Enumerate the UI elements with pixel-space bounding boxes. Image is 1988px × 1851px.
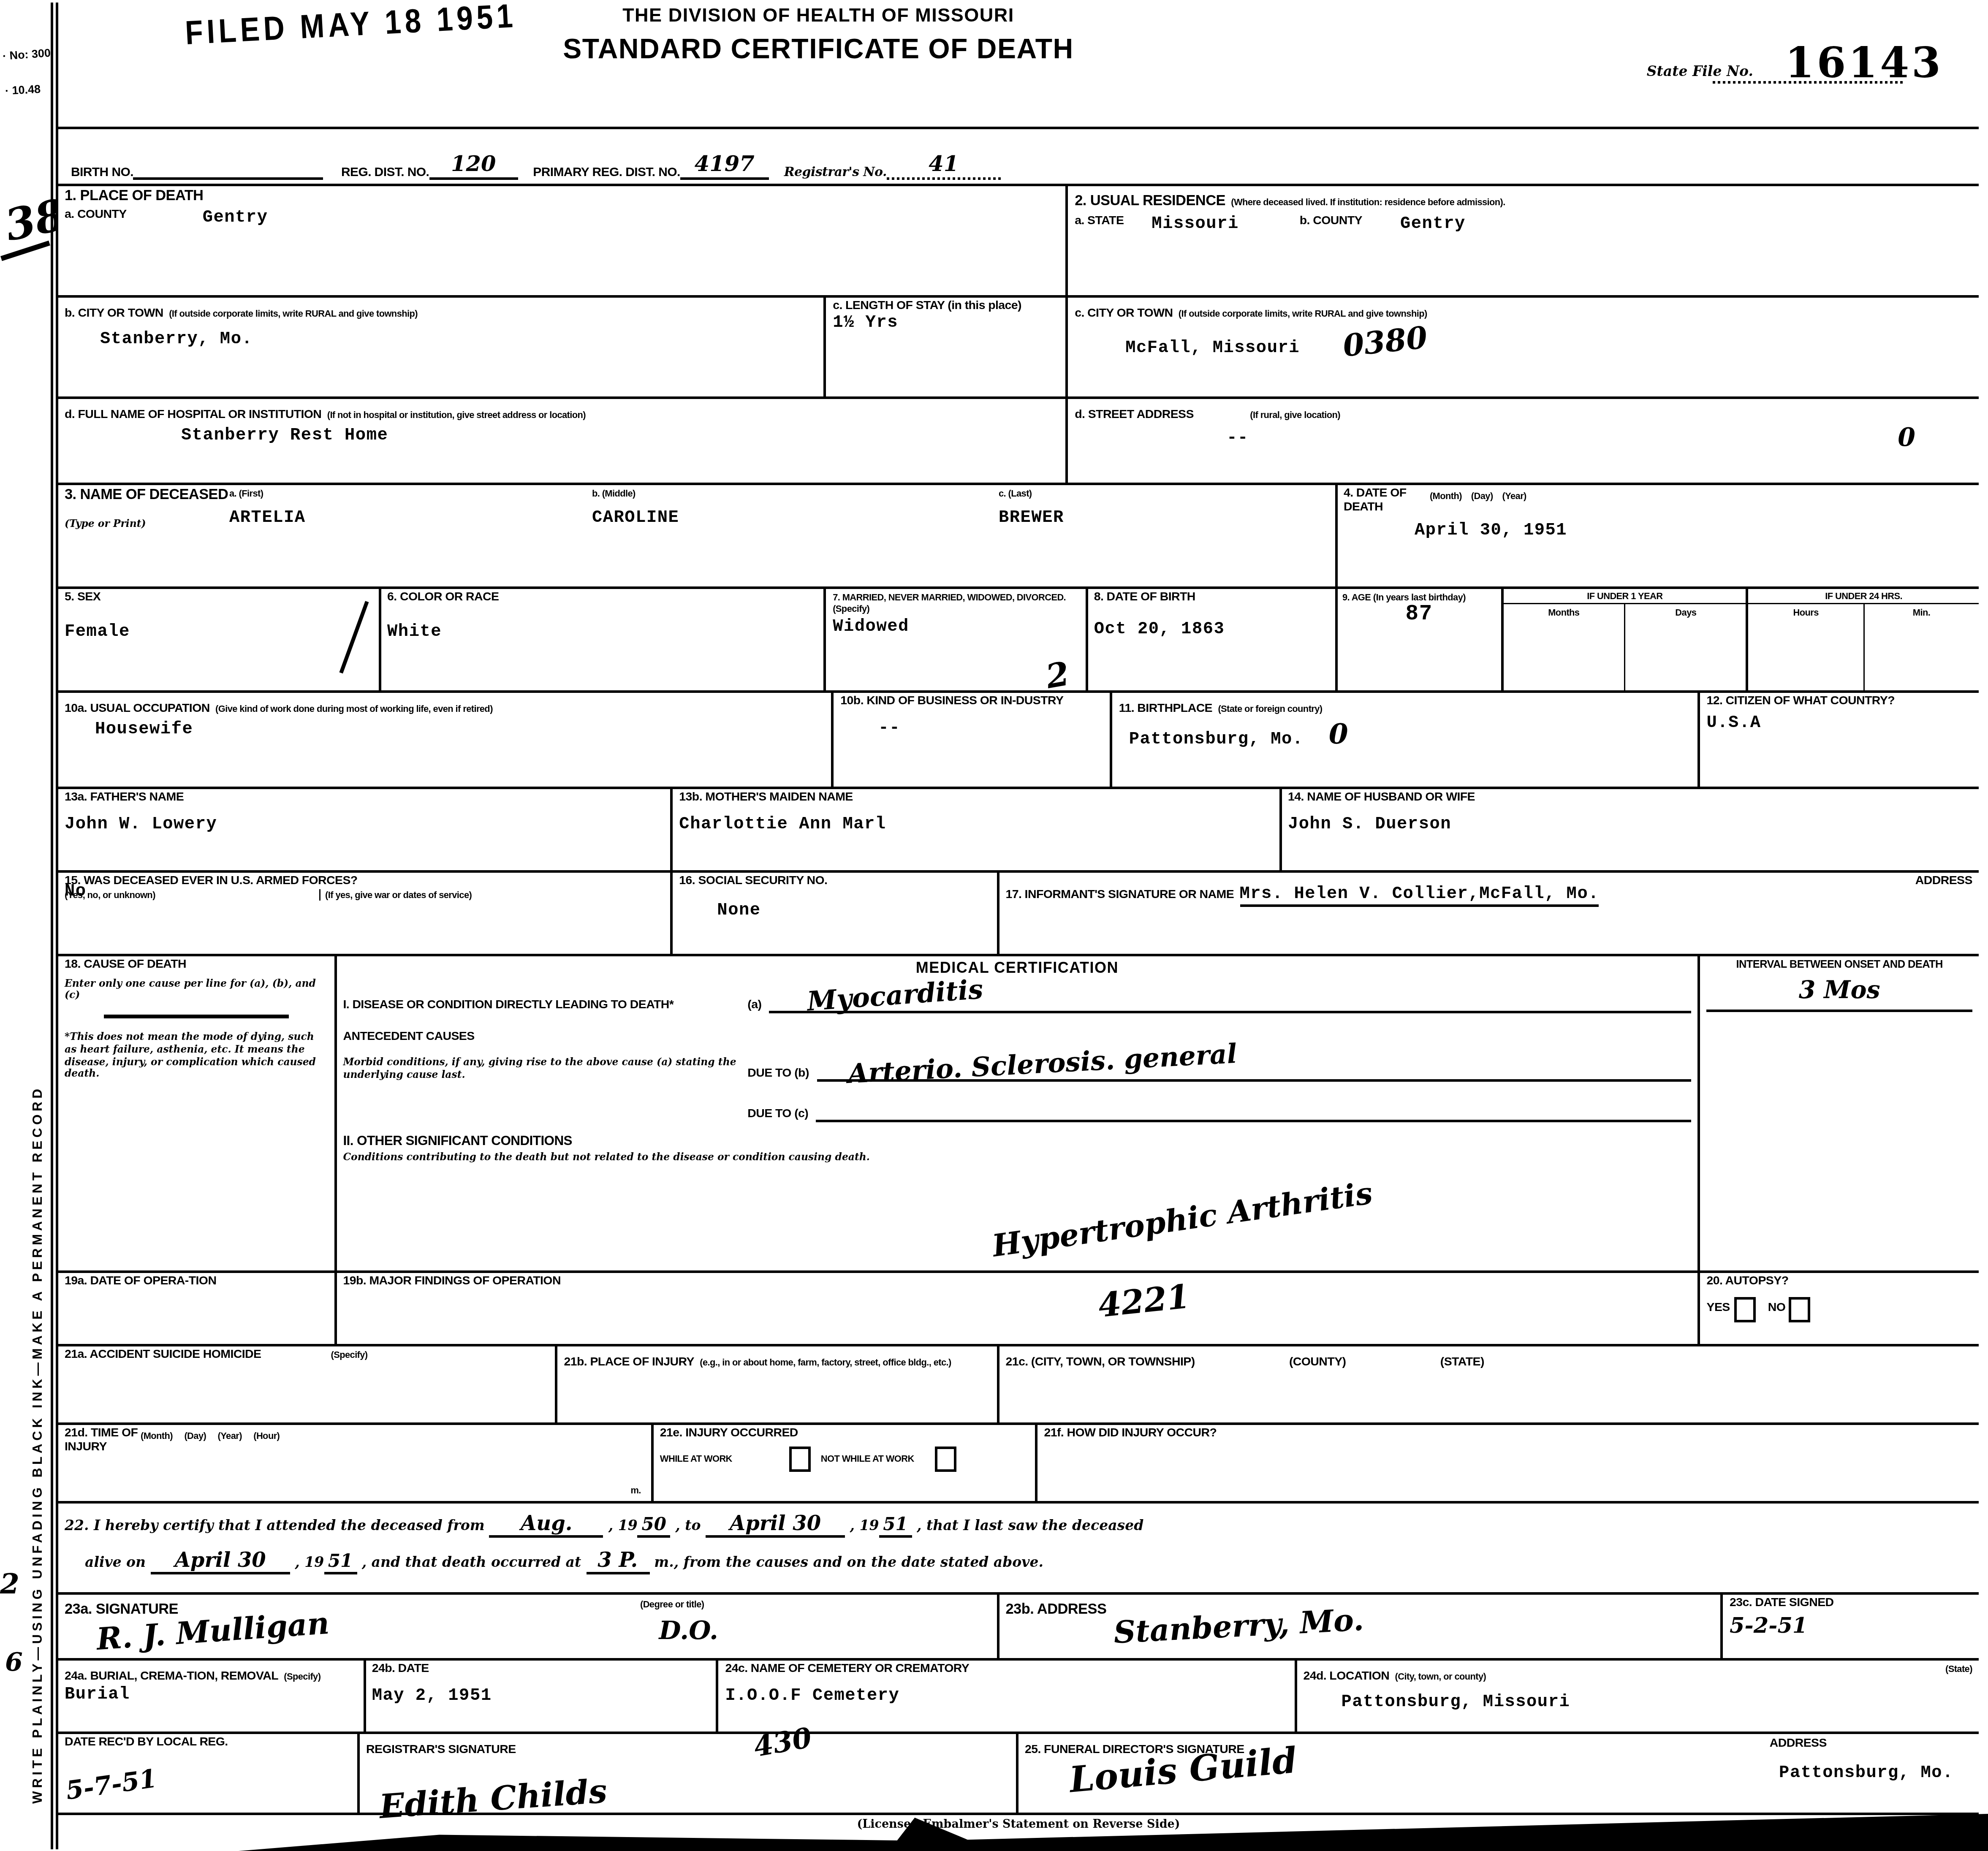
street-note: (If rural, give location) <box>1250 409 1340 421</box>
occupation-cell: 10a. USUAL OCCUPATION (Give kind of work… <box>58 693 834 787</box>
mother-label: 13b. MOTHER'S MAIDEN NAME <box>679 792 1273 805</box>
usual-residence-cell: 2. USUAL RESIDENCE (Where deceased lived… <box>1068 186 1979 295</box>
registrar-signature-cell: REGISTRAR'S SIGNATURE 430 Edith Childs <box>360 1734 1018 1813</box>
burial-label: 24a. BURIAL, CREMA-TION, REMOVAL <box>65 1669 278 1683</box>
informant-address-label: ADDRESS <box>1915 875 1972 889</box>
citizen-cell: 12. CITIZEN OF WHAT COUNTRY? U.S.A <box>1700 693 1978 787</box>
res-county-label: b. COUNTY <box>1300 215 1362 234</box>
cause-note2: *This does not mean the mode of dying, s… <box>65 1031 328 1080</box>
certify-part4: alive on <box>85 1554 146 1571</box>
interval-cell: INTERVAL BETWEEN ONSET AND DEATH 3 Mos <box>1700 956 1979 1270</box>
res-state-label: a. STATE <box>1075 215 1124 234</box>
business-cell: 10b. KIND OF BUSINESS OR IN-DUSTRY -- <box>834 693 1112 787</box>
reg-dist-label: REG. DIST. NO. <box>341 166 429 180</box>
burial-type-cell: 24a. BURIAL, CREMA-TION, REMOVAL (Specif… <box>58 1661 366 1732</box>
row-informant: 15. WAS DECEASED EVER IN U.S. ARMED FORC… <box>58 873 1979 956</box>
injury-state-label: (STATE) <box>1440 1355 1484 1369</box>
row-occupation: 10a. USUAL OCCUPATION (Give kind of work… <box>58 693 1979 789</box>
autopsy-yes-checkbox <box>1734 1297 1755 1322</box>
stay-value: 1½ Yrs <box>833 314 1059 333</box>
row-injury-2: 21d. TIME OF INJURY (Month) (Day) (Year)… <box>58 1425 1979 1504</box>
pod-city-value: Stanberry, Mo. <box>100 331 817 350</box>
dod-value: April 30, 1951 <box>1415 522 1972 541</box>
name-sub-label: (Type or Print) <box>65 518 229 530</box>
dob-label: 8. DATE OF BIRTH <box>1094 592 1328 605</box>
burial-location-value: Pattonsburg, Missouri <box>1341 1694 1972 1713</box>
burial-date-value: May 2, 1951 <box>372 1687 710 1706</box>
signature-label: 23a. SIGNATURE <box>65 1602 178 1618</box>
disease-label: I. DISEASE OR CONDITION DIRECTLY LEADING… <box>343 1000 747 1013</box>
interval-label: INTERVAL BETWEEN ONSET AND DEATH <box>1707 959 1972 971</box>
citizen-label: 12. CITIZEN OF WHAT COUNTRY? <box>1706 695 1972 709</box>
street-label: d. STREET ADDRESS <box>1075 408 1194 422</box>
other-conditions-value: Hypertrophic Arthritis <box>989 1174 1374 1264</box>
handwritten-6-scrawl: 6 <box>5 1647 23 1677</box>
row-institution: d. FULL NAME OF HOSPITAL OR INSTITUTION … <box>58 399 1979 485</box>
certificate-form: FILED MAY 18 1951 THE DIVISION OF HEALTH… <box>56 3 1979 1849</box>
handwritten-2-scrawl: 2 <box>0 1568 19 1601</box>
burial-location-cell: 24d. LOCATION (City, town, or county) (S… <box>1297 1661 1979 1732</box>
residence-note: (Where deceased lived. If institution: r… <box>1231 196 1505 208</box>
certify-cell: 22. I hereby certify that I attended the… <box>58 1504 1979 1592</box>
registrar-signature-label: REGISTRAR'S SIGNATURE <box>366 1743 516 1757</box>
sex-value: Female <box>65 623 372 642</box>
father-cell: 13a. FATHER'S NAME John W. Lowery <box>58 789 673 870</box>
accident-specify-note: (Specify) <box>331 1349 368 1420</box>
certify-part1: 22. I hereby certify that I attended the… <box>65 1517 485 1534</box>
certify-y19b: , 19 <box>850 1517 879 1534</box>
row-signature: 23a. SIGNATURE (Degree or title) R. J. M… <box>58 1595 1979 1661</box>
first-name-label: a. (First) <box>229 488 592 499</box>
certify-y19a: , 19 <box>608 1517 638 1534</box>
informant-value: Mrs. Helen V. Collier,McFall, Mo. <box>1240 885 1600 907</box>
street-value: -- <box>1227 429 1972 448</box>
burial-value: Burial <box>65 1686 357 1705</box>
operation-date-cell: 19a. DATE OF OPERA-TION <box>58 1273 337 1344</box>
reg-dist-value: 120 <box>429 152 518 180</box>
days-label: Days <box>1625 604 1746 690</box>
middle-name-value: CAROLINE <box>592 509 999 528</box>
row-certify: 22. I hereby certify that I attended the… <box>58 1504 1979 1595</box>
due-to-b-tag: DUE TO (b) <box>747 1068 809 1081</box>
pod-county-value: Gentry <box>203 209 268 228</box>
last-name-label: c. (Last) <box>999 488 1032 499</box>
burial-location-label: 24d. LOCATION <box>1303 1669 1389 1683</box>
accident-label: 21a. ACCIDENT SUICIDE HOMICIDE <box>65 1349 331 1420</box>
address-value: Stanberry, Mo. <box>1113 1601 1365 1651</box>
accident-cell: 21a. ACCIDENT SUICIDE HOMICIDE (Specify) <box>58 1346 557 1422</box>
certify-year1-value: 50 <box>638 1515 671 1538</box>
cause-note1: Enter only one cause per line for (a), (… <box>65 977 328 1002</box>
time-of-injury-cell: 21d. TIME OF INJURY (Month) (Day) (Year)… <box>58 1425 654 1501</box>
dod-columns-label: (Month) (Day) (Year) <box>1430 490 1526 515</box>
certify-y19c: , 19 <box>295 1554 324 1571</box>
autopsy-yes-label: YES <box>1707 1303 1730 1316</box>
citizen-value: U.S.A <box>1706 714 1972 733</box>
autopsy-no-checkbox <box>1789 1297 1811 1322</box>
due-to-b-value: Arterio. Sclerosis. general <box>846 1037 1237 1089</box>
min-label: Min. <box>1864 604 1979 690</box>
dob-value: Oct 20, 1863 <box>1094 620 1328 639</box>
injury-location-cell: 21c. (CITY, TOWN, OR TOWNSHIP) (COUNTY) … <box>999 1346 1978 1422</box>
res-city-value: McFall, Missouri <box>1125 339 1300 358</box>
burial-specify-note: (Specify) <box>284 1671 320 1682</box>
res-state-value: Missouri <box>1152 215 1238 234</box>
margin-instruction-text: WRITE PLAINLY—USING UNFADING BLACK INK—M… <box>30 106 46 1804</box>
mother-cell: 13b. MOTHER'S MAIDEN NAME Charlottie Ann… <box>673 789 1282 870</box>
certify-alive-value: April 30 <box>151 1548 290 1574</box>
under-1-year-label: IF UNDER 1 YEAR <box>1503 589 1746 604</box>
name-label: 3. NAME OF DECEASED <box>65 488 229 503</box>
injury-county-label: (COUNTY) <box>1289 1355 1346 1369</box>
filed-date-stamp: FILED MAY 18 1951 <box>184 0 518 53</box>
death-certificate-scan: · No: 300 · 10.48 WRITE PLAINLY—USING UN… <box>0 0 1988 1851</box>
pod-city-cell: b. CITY OR TOWN (If outside corporate li… <box>58 298 826 396</box>
medical-certification-title: MEDICAL CERTIFICATION <box>343 959 1691 977</box>
occupation-value: Housewife <box>95 721 825 740</box>
autopsy-label: 20. AUTOPSY? <box>1707 1276 1972 1289</box>
occupation-note: (Give kind of work done during most of w… <box>215 703 493 714</box>
date-signed-label: 23c. DATE SIGNED <box>1730 1597 1972 1611</box>
other-conditions-label: II. OTHER SIGNIFICANT CONDITIONS <box>343 1134 1691 1149</box>
dob-cell: 8. DATE OF BIRTH Oct 20, 1863 <box>1088 589 1337 690</box>
age-label: 9. AGE (In years last birthday) <box>1342 592 1496 603</box>
place-of-injury-label: 21b. PLACE OF INJURY <box>564 1355 694 1369</box>
first-name-value: ARTELIA <box>229 509 592 528</box>
race-value: White <box>387 623 817 642</box>
pod-city-note: (If outside corporate limits, write RURA… <box>169 308 418 319</box>
pod-city-label: b. CITY OR TOWN <box>65 307 163 320</box>
not-while-at-work-label: NOT WHILE AT WORK <box>821 1453 932 1464</box>
informant-label: 17. INFORMANT'S SIGNATURE OR NAME <box>1005 888 1234 902</box>
state-file-number: 16143 <box>1785 38 1943 87</box>
middle-name-label: b. (Middle) <box>592 488 999 499</box>
disease-a-value: Myocarditis <box>806 973 984 1017</box>
place-of-injury-note: (e.g., in or about home, farm, factory, … <box>700 1357 951 1368</box>
spouse-label: 14. NAME OF HUSBAND OR WIFE <box>1288 792 1972 805</box>
row-city: b. CITY OR TOWN (If outside corporate li… <box>58 298 1979 399</box>
time-of-injury-label: 21d. TIME OF INJURY <box>65 1428 141 1455</box>
time-m-label: m. <box>630 1485 641 1496</box>
row-burial: 24a. BURIAL, CREMA-TION, REMOVAL (Specif… <box>58 1661 1979 1734</box>
operation-findings-label: 19b. MAJOR FINDINGS OF OPERATION <box>343 1276 1691 1289</box>
injury-occurred-label: 21e. INJURY OCCURRED <box>660 1428 1029 1441</box>
due-to-c-blank <box>816 1102 1691 1122</box>
name-cell: 3. NAME OF DECEASED (Type or Print) a. (… <box>58 485 1337 586</box>
date-signed-value: 5-2-51 <box>1730 1613 1972 1639</box>
physician-address-cell: 23b. ADDRESS Stanberry, Mo. <box>999 1595 1723 1658</box>
race-cell: 6. COLOR OR RACE White <box>381 589 826 690</box>
divider-mark <box>104 1015 288 1018</box>
cause-label: 18. CAUSE OF DEATH <box>65 959 328 972</box>
row-cause-of-death: 18. CAUSE OF DEATH Enter only one cause … <box>58 956 1979 1273</box>
hours-label: Hours <box>1749 604 1864 690</box>
mother-value: Charlottie Ann Marl <box>679 815 1273 834</box>
form-number: · No: 300 <box>2 46 51 62</box>
spouse-cell: 14. NAME OF HUSBAND OR WIFE John S. Duer… <box>1282 789 1979 870</box>
age-value: 87 <box>1342 603 1496 627</box>
place-of-injury-cell: 21b. PLACE OF INJURY (e.g., in or about … <box>557 1346 999 1422</box>
marital-cell: 7. MARRIED, NEVER MARRIED, WIDOWED, DIVO… <box>826 589 1088 690</box>
row-place-residence: 1. PLACE OF DEATH a. COUNTY Gentry 2. US… <box>58 186 1979 298</box>
operation-findings-cell: 19b. MAJOR FINDINGS OF OPERATION 4221 <box>337 1273 1700 1344</box>
row-name: 3. NAME OF DECEASED (Type or Print) a. (… <box>58 485 1979 589</box>
registrar-no-label: Registrar's No. <box>784 166 887 180</box>
primary-reg-dist-label: PRIMARY REG. DIST. NO. <box>533 166 680 180</box>
institution-cell: d. FULL NAME OF HOSPITAL OR INSTITUTION … <box>58 399 1068 483</box>
birthplace-handwritten: 0 <box>1329 718 1348 751</box>
antecedent-note: Morbid conditions, if any, giving rise t… <box>343 1056 747 1081</box>
operation-date-label: 19a. DATE OF OPERA-TION <box>65 1276 328 1289</box>
birthplace-cell: 11. BIRTHPLACE (State or foreign country… <box>1113 693 1700 787</box>
funeral-director-cell: 25. FUNERAL DIRECTOR'S SIGNATURE ADDRESS… <box>1018 1734 1979 1813</box>
autopsy-no-label: NO <box>1768 1303 1786 1316</box>
antecedent-label: ANTECEDENT CAUSES <box>343 1031 1691 1045</box>
birthplace-label: 11. BIRTHPLACE <box>1119 702 1212 716</box>
how-injury-occurred-cell: 21f. HOW DID INJURY OCCUR? <box>1037 1425 1978 1501</box>
registrar-no-value: 41 <box>887 152 1001 180</box>
row-registrar: DATE REC'D BY LOCAL REG. 5-7-51 REGISTRA… <box>58 1734 1979 1815</box>
autopsy-cell: 20. AUTOPSY? YES NO <box>1700 1273 1979 1344</box>
res-city-label: c. CITY OR TOWN <box>1075 307 1173 320</box>
certify-part6: m., from the causes and on the date stat… <box>654 1554 1043 1571</box>
while-at-work-checkbox <box>789 1446 811 1471</box>
primary-reg-dist-value: 4197 <box>680 152 769 180</box>
institution-label: d. FULL NAME OF HOSPITAL OR INSTITUTION <box>65 408 321 422</box>
business-value: -- <box>878 719 1103 738</box>
row-family: 13a. FATHER'S NAME John W. Lowery 13b. M… <box>58 789 1979 873</box>
cemetery-value: I.O.O.F Cemetery <box>725 1687 1288 1706</box>
marital-label: 7. MARRIED, NEVER MARRIED, WIDOWED, DIVO… <box>833 592 1079 614</box>
degree-label: (Degree or title) <box>640 1599 704 1610</box>
interval-value: 3 Mos <box>1707 976 1972 1004</box>
forces-note2: (If yes, give war or dates of service) <box>320 889 472 900</box>
stay-label: c. LENGTH OF STAY (in this place) <box>833 300 1059 314</box>
not-while-at-work-checkbox <box>935 1446 957 1471</box>
dod-label: 4. DATE OF DEATH <box>1344 488 1410 515</box>
cemetery-cell: 24c. NAME OF CEMETERY OR CREMATORY I.O.O… <box>719 1661 1297 1732</box>
certificate-title: STANDARD CERTIFICATE OF DEATH <box>514 33 1122 66</box>
res-county-value: Gentry <box>1400 215 1466 234</box>
race-label: 6. COLOR OR RACE <box>387 592 817 605</box>
informant-cell: 17. INFORMANT'S SIGNATURE OR NAME ADDRES… <box>999 873 1978 954</box>
row-operation: 19a. DATE OF OPERA-TION 19b. MAJOR FINDI… <box>58 1273 1979 1346</box>
res-city-handwritten: 0380 <box>1341 319 1429 364</box>
length-of-stay-cell: c. LENGTH OF STAY (in this place) 1½ Yrs <box>826 298 1068 396</box>
armed-forces-cell: 15. WAS DECEASED EVER IN U.S. ARMED FORC… <box>58 873 673 954</box>
pod-county-label: a. COUNTY <box>65 209 127 223</box>
last-name-value: BREWER <box>999 509 1064 528</box>
certify-part2: , to <box>675 1517 701 1534</box>
injury-city-label: 21c. (CITY, TOWN, OR TOWNSHIP) <box>1005 1355 1195 1369</box>
certify-from-value: Aug. <box>489 1511 603 1538</box>
occupation-label: 10a. USUAL OCCUPATION <box>65 702 210 716</box>
cause-instructions-cell: 18. CAUSE OF DEATH Enter only one cause … <box>58 956 337 1270</box>
birthplace-note: (State or foreign country) <box>1218 703 1322 714</box>
father-label: 13a. FATHER'S NAME <box>65 792 664 805</box>
sex-cell: 5. SEX Female <box>58 589 381 690</box>
medical-certification-cell: MEDICAL CERTIFICATION I. DISEASE OR COND… <box>337 956 1700 1270</box>
disease-a-tag: (a) <box>747 1000 761 1013</box>
cemetery-label: 24c. NAME OF CEMETERY OR CREMATORY <box>725 1663 1288 1677</box>
address-label: 23b. ADDRESS <box>1005 1602 1106 1618</box>
res-city-note: (If outside corporate limits, write RURA… <box>1179 308 1427 319</box>
burial-location-note: (City, town, or county) <box>1395 1671 1486 1682</box>
street-handwritten: 0 <box>1898 422 1915 452</box>
interval-rule <box>1707 1009 1972 1012</box>
birth-no-label: BIRTH NO. <box>71 166 133 180</box>
residence-label: 2. USUAL RESIDENCE <box>1075 194 1225 209</box>
age-cell: 9. AGE (In years last birthday) 87 IF UN… <box>1337 589 1979 690</box>
how-injury-occurred-label: 21f. HOW DID INJURY OCCUR? <box>1044 1428 1972 1441</box>
birthplace-value: Pattonsburg, Mo. <box>1129 731 1304 750</box>
spouse-value: John S. Duerson <box>1288 815 1972 834</box>
certify-time-value: 3 P. <box>586 1548 649 1574</box>
birth-no-field <box>133 177 323 180</box>
time-of-injury-columns: (Month) (Day) (Year) (Hour) <box>141 1430 280 1455</box>
row-demographics: 5. SEX Female 6. COLOR OR RACE White 7. … <box>58 589 1979 693</box>
physician-signature-cell: 23a. SIGNATURE (Degree or title) R. J. M… <box>58 1595 999 1658</box>
business-label: 10b. KIND OF BUSINESS OR IN-DUSTRY <box>840 695 1103 709</box>
months-label: Months <box>1503 604 1625 690</box>
marital-handwritten-mark: 2 <box>1044 656 1073 697</box>
father-value: John W. Lowery <box>65 815 664 834</box>
res-city-cell: c. CITY OR TOWN (If outside corporate li… <box>1068 298 1979 396</box>
while-at-work-label: WHILE AT WORK <box>660 1453 785 1464</box>
funeral-director-address-label: ADDRESS <box>1770 1738 1827 1751</box>
street-address-cell: d. STREET ADDRESS (If rural, give locati… <box>1068 399 1979 483</box>
certify-year3-value: 51 <box>324 1552 357 1574</box>
place-of-death-cell: 1. PLACE OF DEATH a. COUNTY Gentry <box>58 186 1068 295</box>
funeral-director-address-value: Pattonsburg, Mo. <box>1779 1764 1953 1783</box>
degree-value: D.O. <box>659 1615 718 1645</box>
institution-note: (If not in hospital or institution, give… <box>327 409 586 421</box>
burial-location-state-note: (State) <box>1945 1663 1972 1675</box>
ssn-value: None <box>717 901 990 920</box>
department-title: THE DIVISION OF HEALTH OF MISSOURI <box>552 5 1084 27</box>
row-injury-1: 21a. ACCIDENT SUICIDE HOMICIDE (Specify)… <box>58 1346 1979 1425</box>
certify-year2-value: 51 <box>879 1515 912 1538</box>
certify-to-value: April 30 <box>706 1511 845 1538</box>
under-24-hrs-label: IF UNDER 24 HRS. <box>1749 589 1979 604</box>
date-of-death-cell: 4. DATE OF DEATH (Month) (Day) (Year) Ap… <box>1337 485 1979 586</box>
other-conditions-note: Conditions contributing to the death but… <box>343 1152 963 1164</box>
certify-part5: , and that death occurred at <box>362 1554 581 1571</box>
burial-date-cell: 24b. DATE May 2, 1951 <box>366 1661 719 1732</box>
forces-note1: (Yes, no, or unknown) <box>65 889 320 900</box>
due-to-c-tag: DUE TO (c) <box>747 1108 808 1122</box>
form-header: FILED MAY 18 1951 THE DIVISION OF HEALTH… <box>58 3 1979 129</box>
marital-value: Widowed <box>833 618 909 637</box>
state-file-label: State File No. <box>1647 63 1753 80</box>
certify-part3: , that I last saw the deceased <box>917 1517 1143 1534</box>
form-revision: · 10.48 <box>5 83 41 97</box>
date-received-cell: DATE REC'D BY LOCAL REG. 5-7-51 <box>58 1734 360 1813</box>
registrar-signature-value: Edith Childs <box>378 1745 1010 1827</box>
injury-occurred-cell: 21e. INJURY OCCURRED WHILE AT WORK NOT W… <box>654 1425 1038 1501</box>
burial-date-label: 24b. DATE <box>372 1663 710 1677</box>
ssn-cell: 16. SOCIAL SECURITY NO. None <box>673 873 999 954</box>
sex-label: 5. SEX <box>65 592 372 605</box>
date-signed-cell: 23c. DATE SIGNED 5-2-51 <box>1723 1595 1979 1658</box>
registration-row: BIRTH NO. REG. DIST. NO. 120 PRIMARY REG… <box>58 129 1979 186</box>
ssn-label: 16. SOCIAL SECURITY NO. <box>679 875 990 889</box>
place-of-death-label: 1. PLACE OF DEATH <box>65 189 1059 204</box>
institution-value: Stanberry Rest Home <box>181 427 1059 446</box>
